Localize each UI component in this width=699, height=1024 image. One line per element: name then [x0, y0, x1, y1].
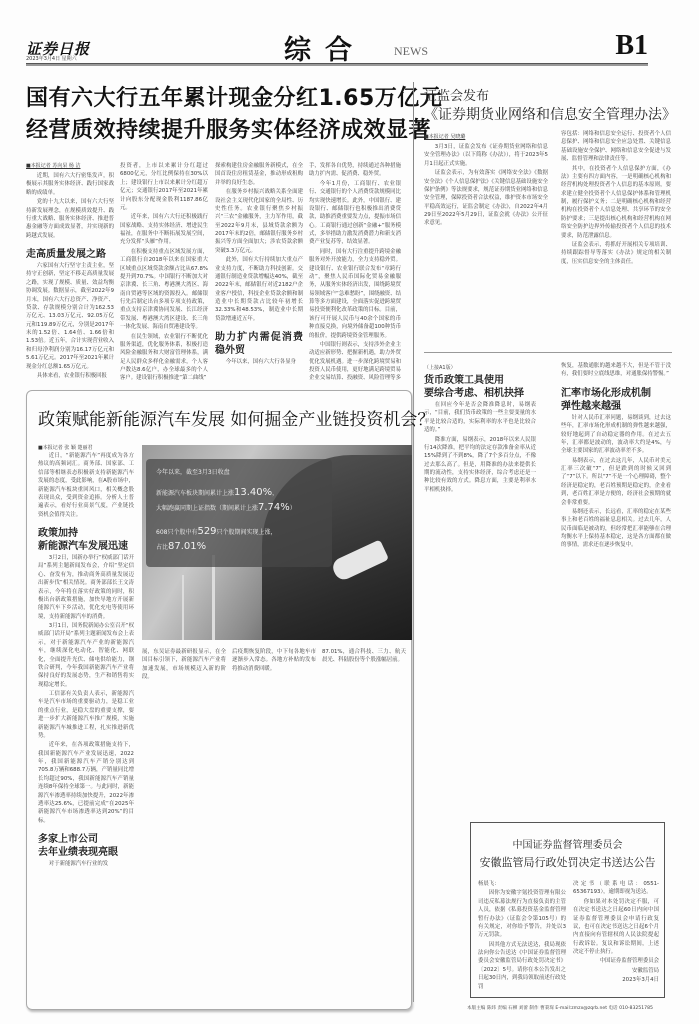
stats-overlay: 今年以来，截至3月3日收盘 新能源汽车板块期间累计上涨13.40%， 大幅跑赢同…: [146, 459, 332, 567]
notice-title-1: 中国证券监督管理委员会: [470, 836, 665, 851]
section-divider: [424, 352, 672, 353]
notice-date: 2023年3月4日: [573, 976, 659, 984]
lead-subhead-1: 走高质量发展之路: [26, 248, 114, 261]
notice-signature-2: 安徽监管局: [573, 967, 659, 975]
feature-byline: ■本报记者 张 颖 楚丽君: [38, 444, 93, 451]
feature-subhead-2: 多家上市公司去年业绩表现亮眼: [38, 833, 134, 859]
section-title-en: NEWS: [394, 44, 428, 59]
sector-gain-value: 13.40%: [234, 487, 272, 498]
feature-column-3: 后疫期恢复阶段，中下旬各地车市逐渐步入常态。各地方补贴的发布将推动消费回暖。: [232, 648, 316, 993]
wind-turbine-shape: [182, 575, 184, 640]
page-footer-credits: 本版主编 陈炜 责编 石柳 刘蕾 制作 曹秉琛 E-mail:zmzx@zqrb…: [467, 1005, 653, 1011]
notice-title-2: 安徽监管局行政处罚决定书送达公告: [470, 854, 665, 870]
csrc-headline: 证监会发布 《证券期货业网络和信息安全管理办法》: [424, 88, 676, 124]
issue-date: 2023年3月4日 星期六: [26, 55, 77, 62]
ev-charging-photo: 今年以来，截至3月3日收盘 新能源汽车板块期间累计上涨13.40%， 大幅跑赢同…: [142, 445, 412, 640]
lead-subhead-2: 助力扩内需促消费稳外贸: [215, 331, 303, 357]
wind-turbine-shape: [212, 555, 215, 640]
monetary-column-1: 货币政策工具使用要综合考虑、相机抉择 在回应今年是否会降准降息时，易纲表示，“目…: [424, 374, 536, 802]
notice-column-1: 杨晨飞： 因你为安徽宇氪投资管理有限公司违反私募法规行为直接负责的主管人员，依据…: [478, 880, 566, 995]
page-number: B1: [615, 30, 648, 62]
notice-signature-1: 中国证券监督管理委员会: [573, 957, 659, 965]
lead-headline-1: 国有六大行五年累计现金分红1.65万亿元: [26, 84, 442, 114]
lead-headline-2: 经营质效持续提升服务实体经济成效显著: [26, 116, 431, 146]
lead-column-1: 近期，国有六大行密集发声，积极展示其服务实体经济、践行国家战略的成绩单。 党的十…: [26, 172, 114, 380]
feature-column-1: 近日，“新能源汽车”再度成为各方热议的高频词汇。商务部、国家部、工信部等相继表态…: [38, 452, 134, 992]
feature-headline: 政策赋能新能源汽车发展 如何掘金产业链投资机会？: [38, 405, 434, 430]
masthead-rule: [26, 63, 648, 66]
rising-ratio-value: 87.01%: [168, 541, 206, 552]
continued-from-label: （上接A1版）: [424, 364, 456, 371]
csrc-byline: ■本报记者 吴晓璐: [424, 133, 465, 140]
feature-column-4: 87.01%，通合科技、三力、航天晨光、科陆股份等个股涨幅居前。: [322, 648, 406, 993]
lead-column-4: 手，发挥各自优势，持续通过各种措施助力扩内需、促消费、稳外贸。 今年1月份，工商…: [309, 162, 401, 380]
csrc-column-2: 容包括：网络和信息安全运行、投资者个人信息保护、网络和信息安全应急处置、关键信息…: [561, 130, 671, 345]
index-gain-value: 7.74%: [258, 502, 290, 513]
monetary-column-2: 恢复，基数通胀的越来越不大，但是不管于没有，我们要时立底线思维，对通胀保持警惕。…: [561, 362, 671, 802]
masthead: 证券日报 2023年3月4日 星期六 综合 NEWS B1: [26, 28, 648, 64]
lead-byline: ■本报记者 苏向杲 杨 洁: [26, 162, 81, 169]
section-title: 综合: [284, 28, 366, 67]
monetary-subhead-1: 货币政策工具使用要综合考虑、相机抉择: [424, 374, 536, 400]
feature-column-2: 展，东吴证券最新研报显示，在全国目标引领下，新能源汽车产业将加速发展，市场规模迈…: [142, 648, 226, 993]
lead-column-2: 投资者，上市以来累计分红超过6800亿元，分红比例保持在30%以上；建设银行上市…: [120, 162, 208, 380]
monetary-subhead-2: 汇率市场化形成机制弹性越来越强: [561, 387, 671, 413]
lead-column-3: 探索构建住房金融服务新模式，在全国首设住房租赁基金，推动形成租购并举的良好生态。…: [215, 162, 303, 380]
column-divider: [413, 82, 414, 1002]
rising-stocks-count: 529: [197, 526, 216, 537]
feature-subhead-1: 政策加持新能源汽车发展迅速: [38, 527, 134, 553]
csrc-column-1: 3月3日，证监会发布《证券期货业网络和信息安全管理办法》（以下简称《办法》），将…: [424, 143, 548, 343]
notice-column-2: 决定书（联系电话：0551-65367193），逾期即视为送达。 你如果对本处罚…: [573, 880, 659, 995]
